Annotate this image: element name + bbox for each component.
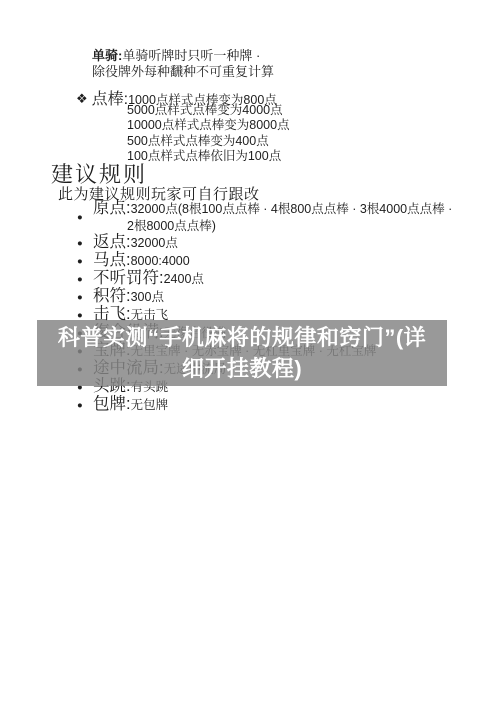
rule-label: 不听罚符: (93, 269, 164, 287)
point-stick-value-5: 100点样式点棒依旧为100点 (127, 149, 290, 164)
bullet-icon: ● (77, 209, 93, 226)
rule-item-pao: ● 包牌:无包牌 (77, 396, 452, 414)
rule-value-line2: 2根8000点点棒) (127, 218, 452, 234)
rule-value: 300点 (131, 290, 164, 304)
single-wait-note: 单骑:单骑听牌时只听一种牌 · 除役牌外每种飜种不可重复计算 (92, 48, 274, 80)
rule-item-accumulated-fu: ● 积符:300点 (77, 288, 452, 306)
bullet-icon: ● (77, 271, 93, 288)
point-stick-value-4: 500点样式点棒变为400点 (127, 134, 290, 149)
rule-label: 包牌: (93, 395, 131, 413)
diamond-bullet-icon: ❖ (76, 91, 88, 106)
rule-value: 2400点 (164, 272, 204, 286)
rule-item-noten-penalty: ● 不听罚符:2400点 (77, 270, 452, 288)
rule-note-line-2: 除役牌外每种飜种不可重复计算 (92, 64, 274, 80)
rule-note-text: 单骑听牌时只听一种牌 · (122, 48, 260, 63)
document-page: 单骑:单骑听牌时只听一种牌 · 除役牌外每种飜种不可重复计算 ❖点棒:1000点… (0, 0, 500, 707)
rule-label: 马点: (93, 251, 131, 269)
bullet-icon: ● (77, 253, 93, 270)
rule-value: 32000点 (131, 236, 178, 250)
point-stick-label: 点棒: (92, 91, 128, 108)
rule-value: 8000:4000 (131, 254, 190, 268)
rule-value: 32000点(8根100点点棒 · 4根800点点棒 · 3根4000点点棒 · (131, 202, 453, 216)
rule-value: 无包牌 (131, 398, 169, 412)
point-stick-value-3: 10000点样式点棒变为8000点 (127, 118, 290, 133)
point-stick-continuation: 5000点样式点棒变为4000点 10000点样式点棒变为8000点 500点样… (127, 103, 290, 164)
watermark-text-line-1: 科普实测“手机麻将的规律和窍门”(详 (37, 322, 447, 353)
rule-note-line-1: 单骑:单骑听牌时只听一种牌 · (92, 48, 274, 64)
bullet-icon: ● (77, 235, 93, 252)
rule-item-origin-points: ● 原点:32000点(8根100点点棒 · 4根800点点棒 · 3根4000… (77, 200, 452, 234)
rule-note-label: 单骑: (92, 48, 122, 63)
rule-label: 积符: (93, 287, 131, 305)
point-stick-value-2: 5000点样式点棒变为4000点 (127, 103, 290, 118)
rule-item-uma: ● 马点:8000:4000 (77, 252, 452, 270)
rule-label: 返点: (93, 233, 131, 251)
bullet-icon: ● (77, 397, 93, 414)
rule-label: 原点: (93, 199, 131, 217)
watermark-overlay: 科普实测“手机麻将的规律和窍门”(详 细开挂教程) (37, 320, 447, 386)
bullet-icon: ● (77, 289, 93, 306)
rule-item-return-points: ● 返点:32000点 (77, 234, 452, 252)
watermark-text-line-2: 细开挂教程) (37, 353, 447, 384)
